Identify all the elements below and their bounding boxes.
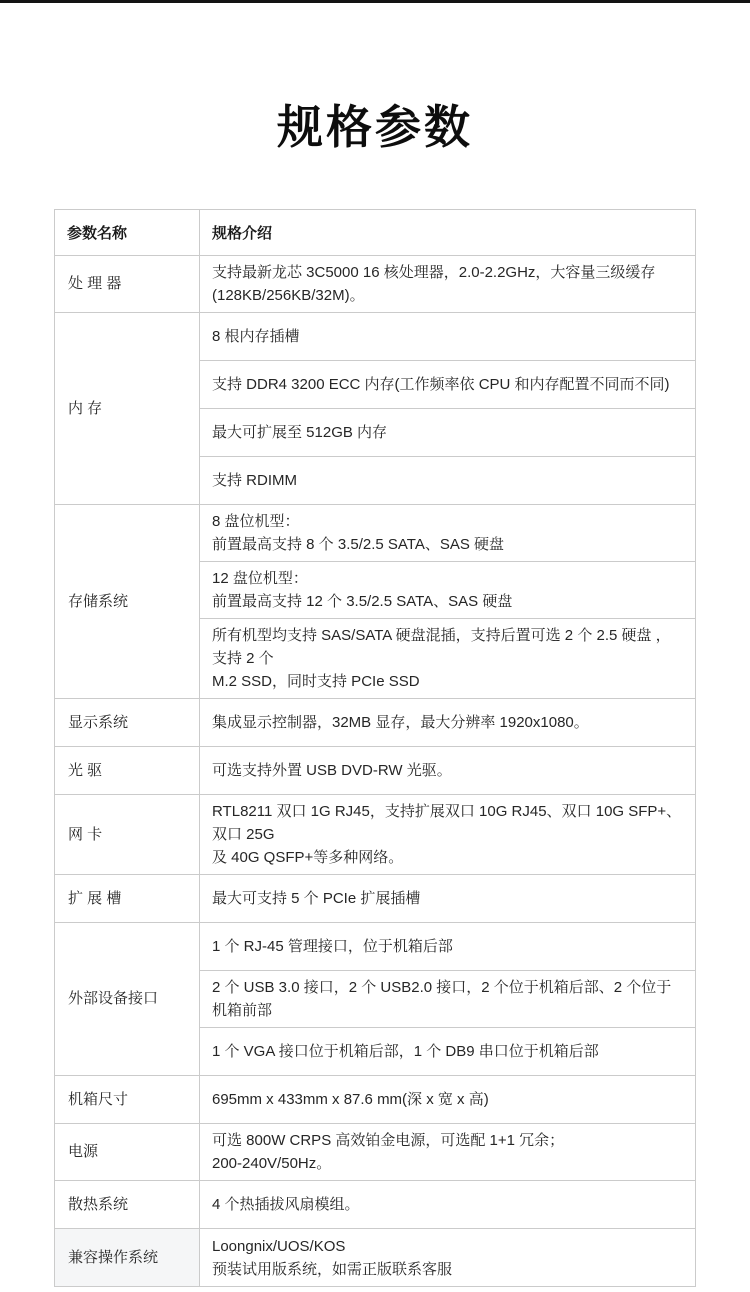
row-detail: 最大可扩展至 512GB 内存 [200,409,696,457]
page-title: 规格参数 [0,97,750,157]
row-detail: Loongnix/UOS/KOS 预装试用版系统，如需正版联系客服 [200,1229,696,1287]
row-label-network-card: 网 卡 [55,795,200,875]
row-detail: 支持 DDR4 3200 ECC 内存(工作频率依 CPU 和内存配置不同而不同… [200,361,696,409]
row-label-chassis-size: 机箱尺寸 [55,1076,200,1124]
table-row: 显示系统 集成显示控制器，32MB 显存，最大分辨率 1920x1080。 [55,699,696,747]
table-row: 光 驱 可选支持外置 USB DVD-RW 光驱。 [55,747,696,795]
row-detail: 支持 RDIMM [200,457,696,505]
row-detail: RTL8211 双口 1G RJ45，支持扩展双口 10G RJ45、双口 10… [200,795,696,875]
row-label-cooling-system: 散热系统 [55,1181,200,1229]
row-detail: 1 个 RJ-45 管理接口，位于机箱后部 [200,923,696,971]
spec-table: 参数名称 规格介绍 处 理 器 支持最新龙芯 3C5000 16 核处理器，2.… [54,209,696,1287]
row-detail: 集成显示控制器，32MB 显存，最大分辨率 1920x1080。 [200,699,696,747]
row-label-storage: 存储系统 [55,505,200,699]
table-row: 扩 展 槽 最大可支持 5 个 PCIe 扩展插槽 [55,875,696,923]
row-detail: 最大可支持 5 个 PCIe 扩展插槽 [200,875,696,923]
row-label-display: 显示系统 [55,699,200,747]
table-header-row: 参数名称 规格介绍 [55,210,696,256]
table-row: 网 卡 RTL8211 双口 1G RJ45，支持扩展双口 10G RJ45、双… [55,795,696,875]
row-detail: 12 盘位机型： 前置最高支持 12 个 3.5/2.5 SATA、SAS 硬盘 [200,562,696,619]
row-label-memory: 内 存 [55,313,200,505]
table-row: 兼容操作系统 Loongnix/UOS/KOS 预装试用版系统，如需正版联系客服 [55,1229,696,1287]
row-label-expansion-slots: 扩 展 槽 [55,875,200,923]
row-detail: 2 个 USB 3.0 接口，2 个 USB2.0 接口，2 个位于机箱后部、2… [200,971,696,1028]
table-row: 散热系统 4 个热插拔风扇模组。 [55,1181,696,1229]
column-header-param-name: 参数名称 [55,210,200,256]
row-detail: 可选 800W CRPS 高效铂金电源，可选配 1+1 冗余； 200-240V… [200,1124,696,1181]
column-header-spec-intro: 规格介绍 [200,210,696,256]
row-detail: 支持最新龙芯 3C5000 16 核处理器，2.0-2.2GHz，大容量三级缓存… [200,256,696,313]
row-detail: 4 个热插拔风扇模组。 [200,1181,696,1229]
table-row: 机箱尺寸 695mm x 433mm x 87.6 mm(深 x 宽 x 高) [55,1076,696,1124]
row-detail: 1 个 VGA 接口位于机箱后部，1 个 DB9 串口位于机箱后部 [200,1028,696,1076]
table-row: 处 理 器 支持最新龙芯 3C5000 16 核处理器，2.0-2.2GHz，大… [55,256,696,313]
row-label-optical-drive: 光 驱 [55,747,200,795]
row-detail: 8 根内存插槽 [200,313,696,361]
row-label-external-ports: 外部设备接口 [55,923,200,1076]
table-row: 存储系统 8 盘位机型： 前置最高支持 8 个 3.5/2.5 SATA、SAS… [55,505,696,562]
table-row: 外部设备接口 1 个 RJ-45 管理接口，位于机箱后部 [55,923,696,971]
row-detail: 8 盘位机型： 前置最高支持 8 个 3.5/2.5 SATA、SAS 硬盘 [200,505,696,562]
row-detail: 所有机型均支持 SAS/SATA 硬盘混插，支持后置可选 2 个 2.5 硬盘 … [200,619,696,699]
table-row: 电源 可选 800W CRPS 高效铂金电源，可选配 1+1 冗余； 200-2… [55,1124,696,1181]
row-label-compatible-os: 兼容操作系统 [55,1229,200,1287]
row-detail: 可选支持外置 USB DVD-RW 光驱。 [200,747,696,795]
table-row: 内 存 8 根内存插槽 [55,313,696,361]
row-label-processor: 处 理 器 [55,256,200,313]
row-label-power-supply: 电源 [55,1124,200,1181]
row-detail: 695mm x 433mm x 87.6 mm(深 x 宽 x 高) [200,1076,696,1124]
top-divider-bar [0,0,750,3]
